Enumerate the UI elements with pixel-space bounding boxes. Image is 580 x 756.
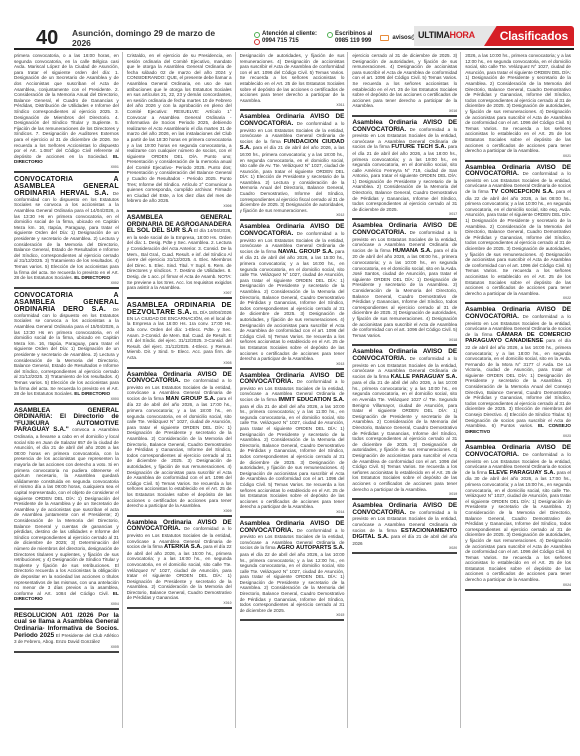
notice-body-cont: para el día 21 de abril del año 2026, a … <box>352 144 457 212</box>
notice-body: El día 14/04/2026, en la sede social de … <box>127 228 232 290</box>
notice-code: X010 <box>127 601 232 605</box>
legal-notice: ASAMBLEA GENERAL ORDINARIA: El Directori… <box>14 407 119 610</box>
notice-body-cont: para el día 22 de abril del año 2026, a … <box>465 338 571 428</box>
notice-code: X001 <box>14 165 119 169</box>
section-banner: Clasificados <box>484 26 574 46</box>
page-number: 40 <box>36 28 62 48</box>
notice-code: X006 <box>127 204 232 208</box>
legal-notice: ASAMBLEA ORDINARIA DE DEZVOLTARE S.A. EL… <box>127 301 232 369</box>
column-2: Cristaldo, en el ejercicio de su Preside… <box>127 52 236 728</box>
legal-notice: ejercicio cerrado al 31 de diciembre de … <box>352 52 457 117</box>
write-label: Escribinos al <box>335 31 372 38</box>
notice-code: X023 <box>465 434 571 438</box>
brand-banner: ULTIMAHORA Clasificados <box>424 26 574 46</box>
email-icon <box>380 35 389 41</box>
notice-body-cont: para el día 21 de abril del año 2026, a … <box>240 145 345 213</box>
notice-body-cont: para el día 22 de abril del año 2026, a … <box>127 544 232 600</box>
whatsapp-icon <box>327 32 333 38</box>
company-name: TV CONCEPCION S.A. <box>491 189 554 195</box>
legal-notice: Asamblea Ordinaria AVISO DE CONVOCATORIA… <box>465 164 571 305</box>
legal-notice: Designación de autoridades, y fijación d… <box>240 52 345 111</box>
notice-body: EL DÍA 18/04/2026 EN LA CIUDAD DE ENCARN… <box>127 310 232 360</box>
notice-code: X014 <box>240 510 345 514</box>
legal-notice: ASAMBLEA GENERAL ORDINARIA DE AGROGANADE… <box>127 214 232 299</box>
notice-body-cont: para el día 22 de abril del año 2026, a … <box>240 552 345 613</box>
section-title: Clasificados <box>500 29 568 43</box>
notice-body-cont: para el día 22 de abril del año 2026, a … <box>127 396 232 508</box>
legal-notice: Asamblea Ordinaria AVISO DE CONVOCATORIA… <box>465 444 571 590</box>
columns: primera convocatoria, o a las 16:00 hora… <box>14 52 574 728</box>
notice-code: X007 <box>127 291 232 295</box>
legal-notice: Asamblea Ordinaria AVISO DE CONVOCATORIA… <box>240 223 345 369</box>
legal-notice: CONVOCATORIA A ASAMBLEA GENERAL ORDINARI… <box>14 291 119 405</box>
company-name: IMMIT EDUCATION S.A. <box>279 397 345 403</box>
whatsapp-icon <box>254 32 260 38</box>
legal-notice: Asamblea Ordinaria AVISO DE CONVOCATORIA… <box>127 371 232 517</box>
column-4: ejercicio cerrado al 31 de diciembre de … <box>352 52 461 728</box>
write-phone[interactable]: 0985 119 999 <box>335 38 371 45</box>
notice-code: X022 <box>465 296 571 300</box>
notice-code: X005 <box>14 645 119 649</box>
legal-notice: Asamblea Ordinaria AVISO DE CONVOCATORIA… <box>240 113 345 221</box>
legal-notice: Asamblea Ordinaria AVISO DE CONVOCATORIA… <box>352 502 457 554</box>
write-contact: Escribinos al 0985 119 999 <box>327 31 372 45</box>
notice-code: X003 <box>14 397 119 401</box>
company-name: ATERKIA S.A. <box>164 544 202 550</box>
notice-code: X011 <box>240 103 345 107</box>
notice-body: De conformidad con lo dispuesto en los E… <box>14 307 119 396</box>
notice-body: ejercicio cerrado al 31 de diciembre de … <box>352 53 457 108</box>
notice-title: CONVOCATORIA A ASAMBLEA GENERAL ORDINARI… <box>14 176 119 197</box>
legal-notice: Cristaldo, en el ejercicio de su Preside… <box>127 52 232 212</box>
company-name: MAN GROUP S.A. <box>166 396 216 402</box>
notice-code: X018 <box>352 338 457 342</box>
notice-code: X008 <box>127 361 232 365</box>
notice-title: CONVOCATORIA A ASAMBLEA GENERAL ORDINARI… <box>14 292 119 313</box>
company-name: HUMANA S.A. <box>393 248 432 254</box>
company-name: KALLE PARAGUAY S.A. <box>391 374 458 380</box>
notice-code: X021 <box>465 154 571 158</box>
notice-body-cont: para el día 30 de abril del año 2026, a … <box>465 470 571 582</box>
notice-code: X012 <box>240 213 345 217</box>
legal-notice: RESOLUCION A01 /2026 Por la cual se llam… <box>14 612 119 653</box>
notice-body-cont: para el día 21 de abril del año 2026, a … <box>352 380 457 491</box>
page-header: 40 Asunción, domingo 29 de marzo de 2026… <box>14 28 574 50</box>
notice-code: X016 <box>352 109 457 113</box>
notice-body: Designación de autoridades, y fijación d… <box>240 53 345 103</box>
notice-body: Cristaldo, en el ejercicio de su Preside… <box>127 53 232 203</box>
legal-notice: Asamblea Ordinaria AVISO DE CONVOCATORIA… <box>352 119 457 221</box>
legal-notice: Asamblea Ordinaria AVISO DE CONVOCATORIA… <box>352 222 457 346</box>
legal-notice: 2026, a las 10:00 hs., primera convocato… <box>465 52 571 162</box>
contact-phone[interactable]: 0994 715 715 <box>262 38 299 45</box>
notice-body-cont: para el día 20 de abril del año 2026, a … <box>352 248 457 338</box>
notice-code: X017 <box>352 212 457 216</box>
notice-body: convoca a Asamblea Ordinaria, a llevarse… <box>14 427 119 595</box>
legal-notice: Asamblea Ordinaria AVISO DE CONVOCATORIA… <box>240 372 345 518</box>
notice-code: X024 <box>465 583 571 587</box>
company-name: ELEVE PARAGUAY S.A. <box>489 470 555 476</box>
notice-code: X004 <box>14 602 119 606</box>
newspaper-page: 40 Asunción, domingo 29 de marzo de 2026… <box>14 28 574 728</box>
company-name: NAVAL GROUP S.A. <box>278 249 333 255</box>
notice-body: 2026, a las 10:00 hs., primera convocato… <box>465 53 571 153</box>
date-line: Asunción, domingo 29 de marzo de 2026 <box>72 28 232 48</box>
company-name: AGRO AUTOPARTS S.A. <box>277 545 344 551</box>
company-name: FUTURE TECH S.A. <box>391 144 446 150</box>
notice-signature: EL DIRECTORIO <box>74 391 110 396</box>
notice-code: X013 <box>240 362 345 366</box>
phone-icon <box>254 39 260 45</box>
notice-body: De conformidad con lo dispuesto en los E… <box>14 191 119 280</box>
customer-service-contact: Atención al cliente: 0994 715 715 <box>254 31 317 45</box>
notice-code: X019 <box>352 492 457 496</box>
contact-label: Atención al cliente: <box>262 31 317 38</box>
notice-code: X009 <box>127 509 232 513</box>
ultimahora-logo: ULTIMAHORA <box>418 30 475 40</box>
legal-notice: Asamblea Ordinaria AVISO DE CONVOCATORIA… <box>240 520 345 622</box>
legal-notice: CONVOCATORIA A ASAMBLEA GENERAL ORDINARI… <box>14 175 119 289</box>
notice-body-cont: para el día 21 de abril del año 2026, a … <box>240 249 345 361</box>
notice-code: X015 <box>240 613 345 617</box>
column-1: primera convocatoria, o a las 16:00 hora… <box>14 52 123 728</box>
notice-signature: EL DIRECTORIO <box>74 275 110 280</box>
notice-body: primera convocatoria, o a las 16:00 hora… <box>14 53 119 159</box>
notice-code: X020 <box>352 546 457 550</box>
notice-body-cont: para el día 21 de abril del año 2026, a … <box>240 404 345 510</box>
legal-notice: primera convocatoria, o a las 16:00 hora… <box>14 52 119 173</box>
legal-notice: Asamblea Ordinaria AVISO DE CONVOCATORIA… <box>465 306 571 442</box>
notice-code: X002 <box>14 281 119 285</box>
column-3: Designación de autoridades, y fijación d… <box>240 52 349 728</box>
legal-notice: Asamblea Ordinaria AVISO DE CONVOCATORIA… <box>352 348 457 500</box>
notice-body-cont: para el día 22 de abril del año 2026, a … <box>465 189 571 296</box>
legal-notice: Asamblea Ordinaria AVISO DE CONVOCATORIA… <box>127 519 232 609</box>
column-5: 2026, a las 10:00 hs., primera convocato… <box>465 52 574 728</box>
